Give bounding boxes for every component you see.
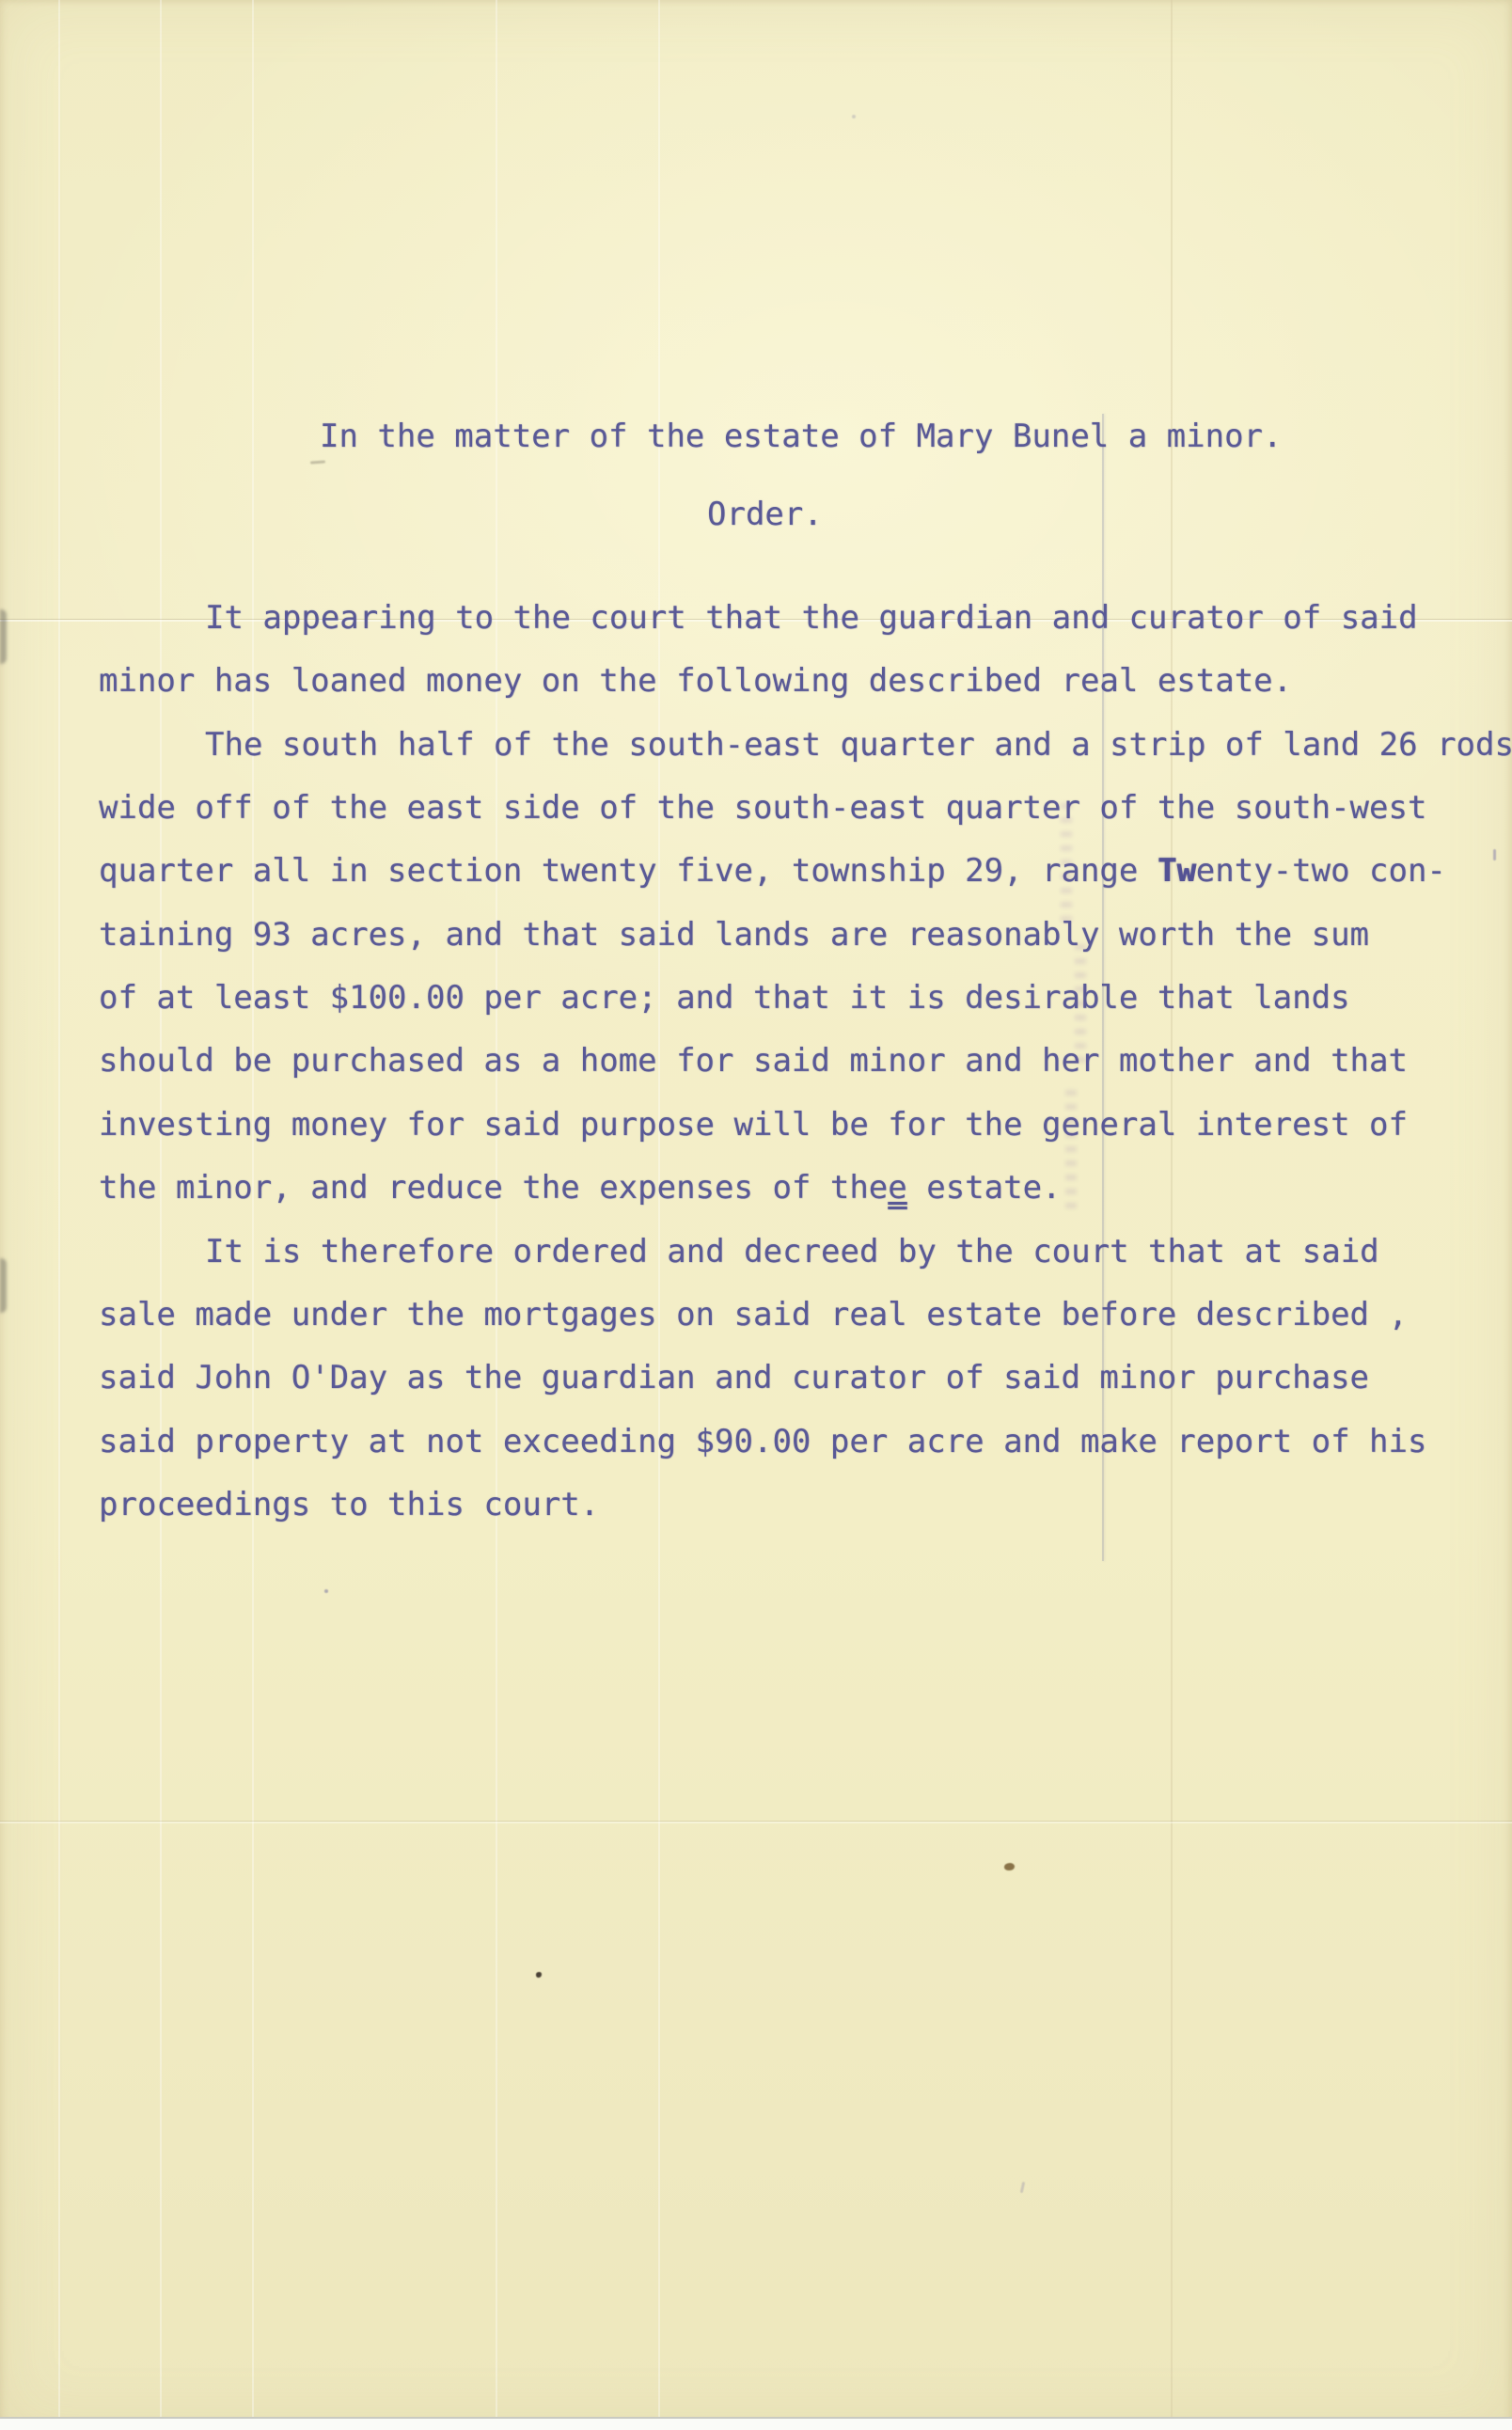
scan-speck	[1004, 1863, 1015, 1870]
pencil-dash-mark	[310, 460, 325, 464]
scan-speck	[324, 1589, 328, 1593]
document-line: of at least $100.00 per acre; and that i…	[99, 982, 1350, 1014]
horizontal-fold-crease	[0, 1821, 1512, 1823]
paper-streak	[252, 0, 254, 2430]
document-line: proceedings to this court.	[99, 1489, 599, 1521]
scan-speck	[852, 115, 856, 118]
document-line: It appearing to the court that the guard…	[205, 602, 1418, 634]
document-heading: Order.	[707, 498, 823, 530]
document-line: minor has loaned money on the following …	[99, 665, 1292, 697]
document-line: investing money for said purpose will be…	[99, 1109, 1408, 1141]
document-line: the minor, and reduce the expenses of th…	[99, 1172, 1062, 1204]
paper-streak	[58, 0, 60, 2430]
stray-ink-tick	[1020, 2182, 1025, 2193]
scan-speck	[536, 1972, 542, 1978]
document-title: In the matter of the estate of Mary Bune…	[320, 420, 1283, 452]
typewriter-bold-mark: Tw	[1158, 852, 1196, 890]
document-line: The south half of the south-east quarter…	[205, 729, 1512, 761]
paper-streak	[1171, 0, 1173, 2430]
document-line: quarter all in section twenty five, town…	[99, 855, 1446, 887]
paper-streak	[496, 0, 497, 2430]
paper-streak	[658, 0, 660, 2430]
document-line: said property at not exceeding $90.00 pe…	[99, 1426, 1426, 1458]
scan-background-strip	[0, 2417, 1512, 2430]
document-line: taining 93 acres, and that said lands ar…	[99, 919, 1369, 951]
paper-streak	[160, 0, 162, 2430]
ink-ghost-smudge	[1065, 1086, 1077, 1208]
document-line: wide off of the east side of the south-e…	[99, 792, 1426, 824]
scanned-document-page: In the matter of the estate of Mary Bune…	[0, 0, 1512, 2430]
typewriter-underline-mark: e	[888, 1169, 906, 1207]
scanner-edge-artifact	[0, 609, 7, 664]
document-line: sale made under the mortgages on said re…	[99, 1299, 1408, 1331]
document-line: said John O'Day as the guardian and cura…	[99, 1362, 1369, 1394]
scanner-edge-artifact	[0, 1258, 7, 1313]
stray-ink-tick	[1493, 849, 1496, 860]
document-line: should be purchased as a home for said m…	[99, 1045, 1408, 1077]
document-line: It is therefore ordered and decreed by t…	[205, 1236, 1379, 1268]
